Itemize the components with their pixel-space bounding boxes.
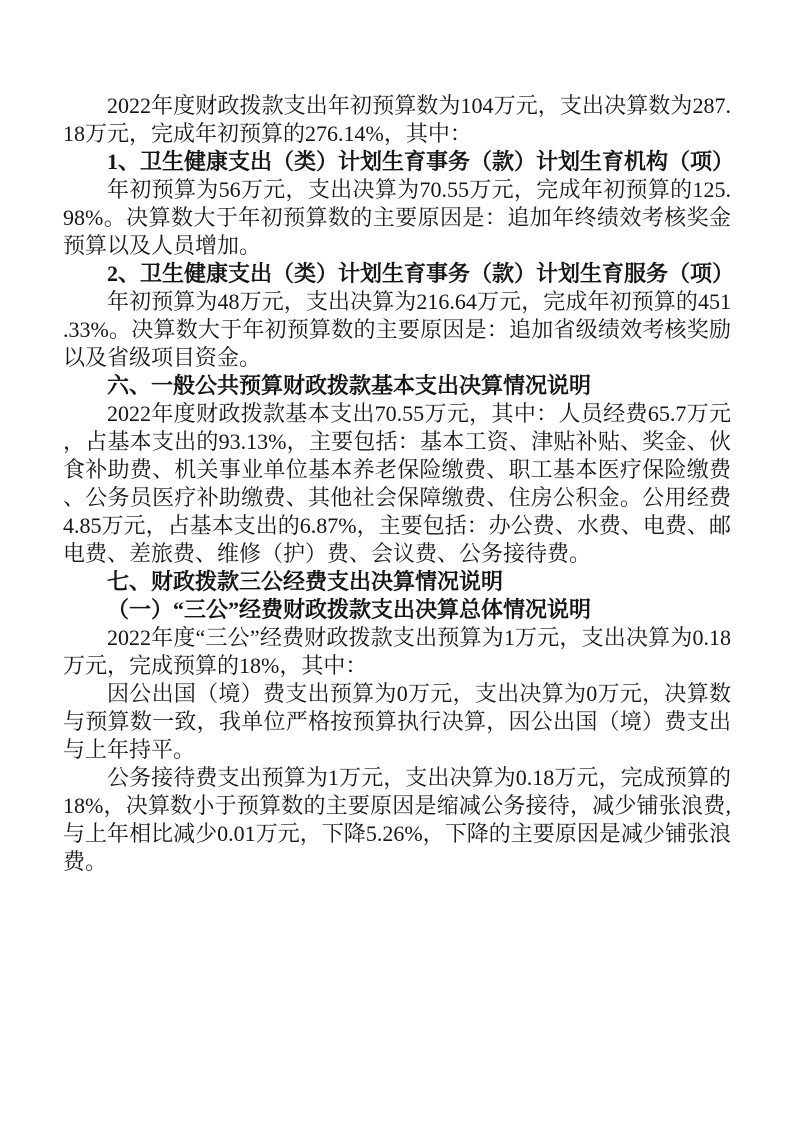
document-body: 2022年度财政拨款支出年初预算数为104万元，支出决算数为287.18万元，完… <box>63 92 731 876</box>
body-paragraph: 2022年度财政拨款基本支出70.55万元，其中：人员经费65.7万元，占基本支… <box>63 400 731 568</box>
body-paragraph: 年初预算为48万元，支出决算为216.64万元，完成年初预算的451.33%。决… <box>63 288 731 372</box>
body-paragraph: 2022年度财政拨款支出年初预算数为104万元，支出决算数为287.18万元，完… <box>63 92 731 148</box>
section-heading: 1、卫生健康支出（类）计划生育事务（款）计划生育机构（项） <box>63 148 731 176</box>
section-heading: （一）“三公”经费财政拨款支出决算总体情况说明 <box>63 596 731 624</box>
section-heading: 七、财政拨款三公经费支出决算情况说明 <box>63 568 731 596</box>
body-paragraph: 公务接待费支出预算为1万元，支出决算为0.18万元，完成预算的18%，决算数小于… <box>63 764 731 876</box>
body-paragraph: 2022年度“三公”经费财政拨款支出预算为1万元，支出决算为0.18万元，完成预… <box>63 624 731 680</box>
document-page: 2022年度财政拨款支出年初预算数为104万元，支出决算数为287.18万元，完… <box>0 0 793 1122</box>
section-heading: 2、卫生健康支出（类）计划生育事务（款）计划生育服务（项） <box>63 260 731 288</box>
section-heading: 六、一般公共预算财政拨款基本支出决算情况说明 <box>63 372 731 400</box>
body-paragraph: 因公出国（境）费支出预算为0万元，支出决算为0万元，决算数与预算数一致，我单位严… <box>63 680 731 764</box>
body-paragraph: 年初预算为56万元，支出决算为70.55万元，完成年初预算的125.98%。决算… <box>63 176 731 260</box>
